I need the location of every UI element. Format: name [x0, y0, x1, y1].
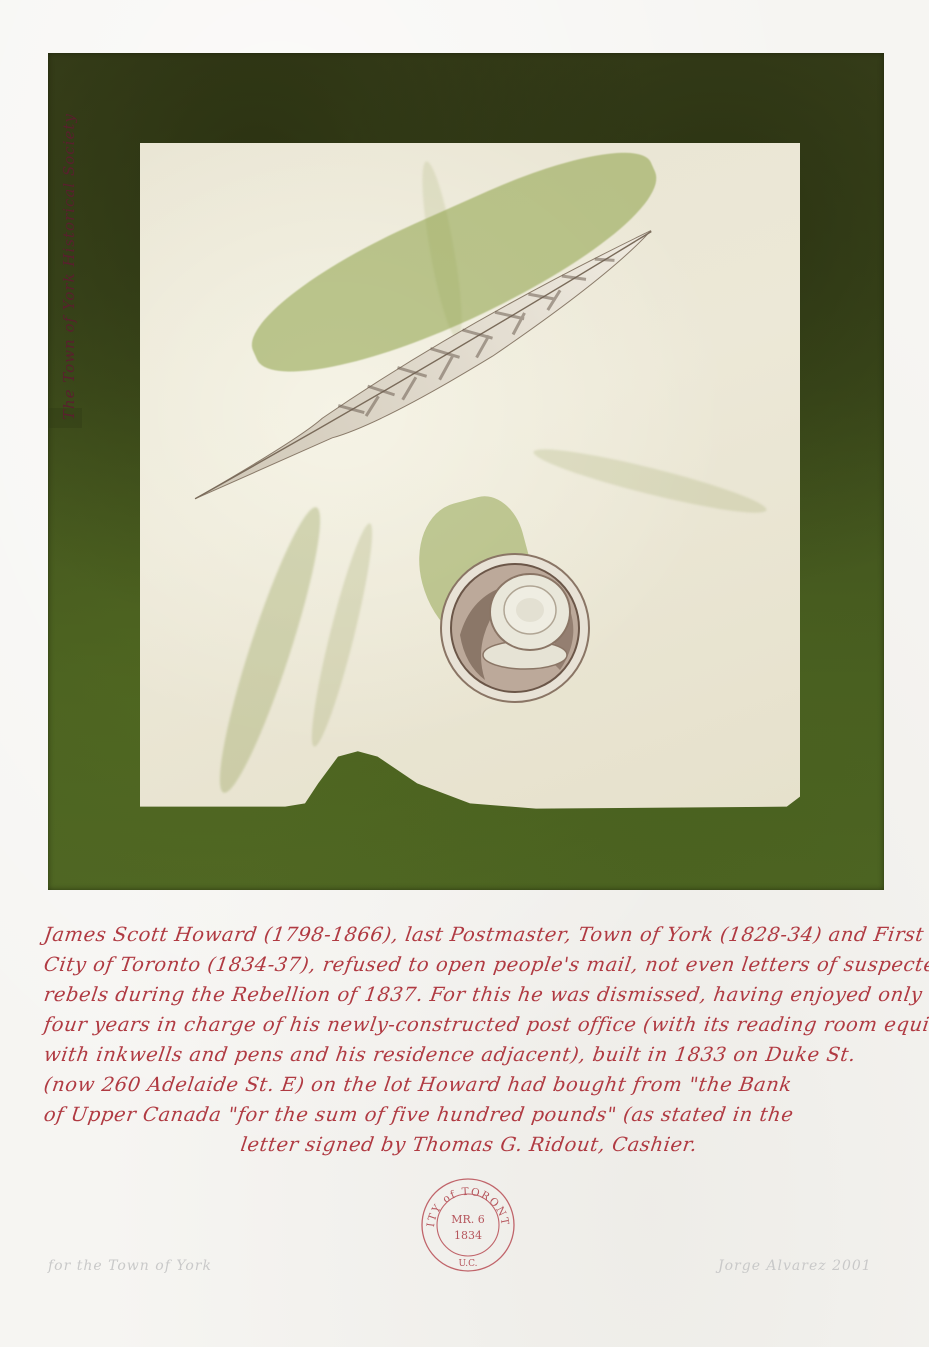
caption-line: City of Toronto (1834-37), refused to op… — [42, 950, 896, 980]
svg-text:U.C.: U.C. — [458, 1259, 477, 1269]
pencil-inscription-left: for the Town of York — [48, 1258, 212, 1274]
inkwell-icon — [430, 540, 600, 710]
handwritten-caption: James Scott Howard (1798-1866), last Pos… — [44, 920, 894, 1160]
caption-line: with inkwells and pens and his residence… — [42, 1040, 896, 1070]
caption-line: letter signed by Thomas G. Ridout, Cashi… — [42, 1130, 896, 1160]
caption-line: of Upper Canada "for the sum of five hun… — [42, 1100, 896, 1130]
artist-signature: Jorge Alvarez 2001 — [718, 1258, 872, 1274]
vertical-inscription: The Town of York Historical Society — [60, 113, 78, 420]
postmark-icon: CITY of TORONTO U.C. MR. 6 1834 — [420, 1177, 516, 1273]
inkwell — [430, 540, 600, 710]
postmark-stamp: CITY of TORONTO U.C. MR. 6 1834 — [420, 1177, 516, 1273]
caption-line: rebels during the Rebellion of 1837. For… — [42, 980, 896, 1010]
caption-line: four years in charge of his newly-constr… — [42, 1010, 896, 1040]
caption-line: (now 260 Adelaide St. E) on the lot Howa… — [42, 1070, 896, 1100]
caption-line: James Scott Howard (1798-1866), last Pos… — [42, 920, 896, 950]
svg-text:MR. 6: MR. 6 — [451, 1213, 485, 1226]
svg-text:1834: 1834 — [454, 1229, 482, 1242]
